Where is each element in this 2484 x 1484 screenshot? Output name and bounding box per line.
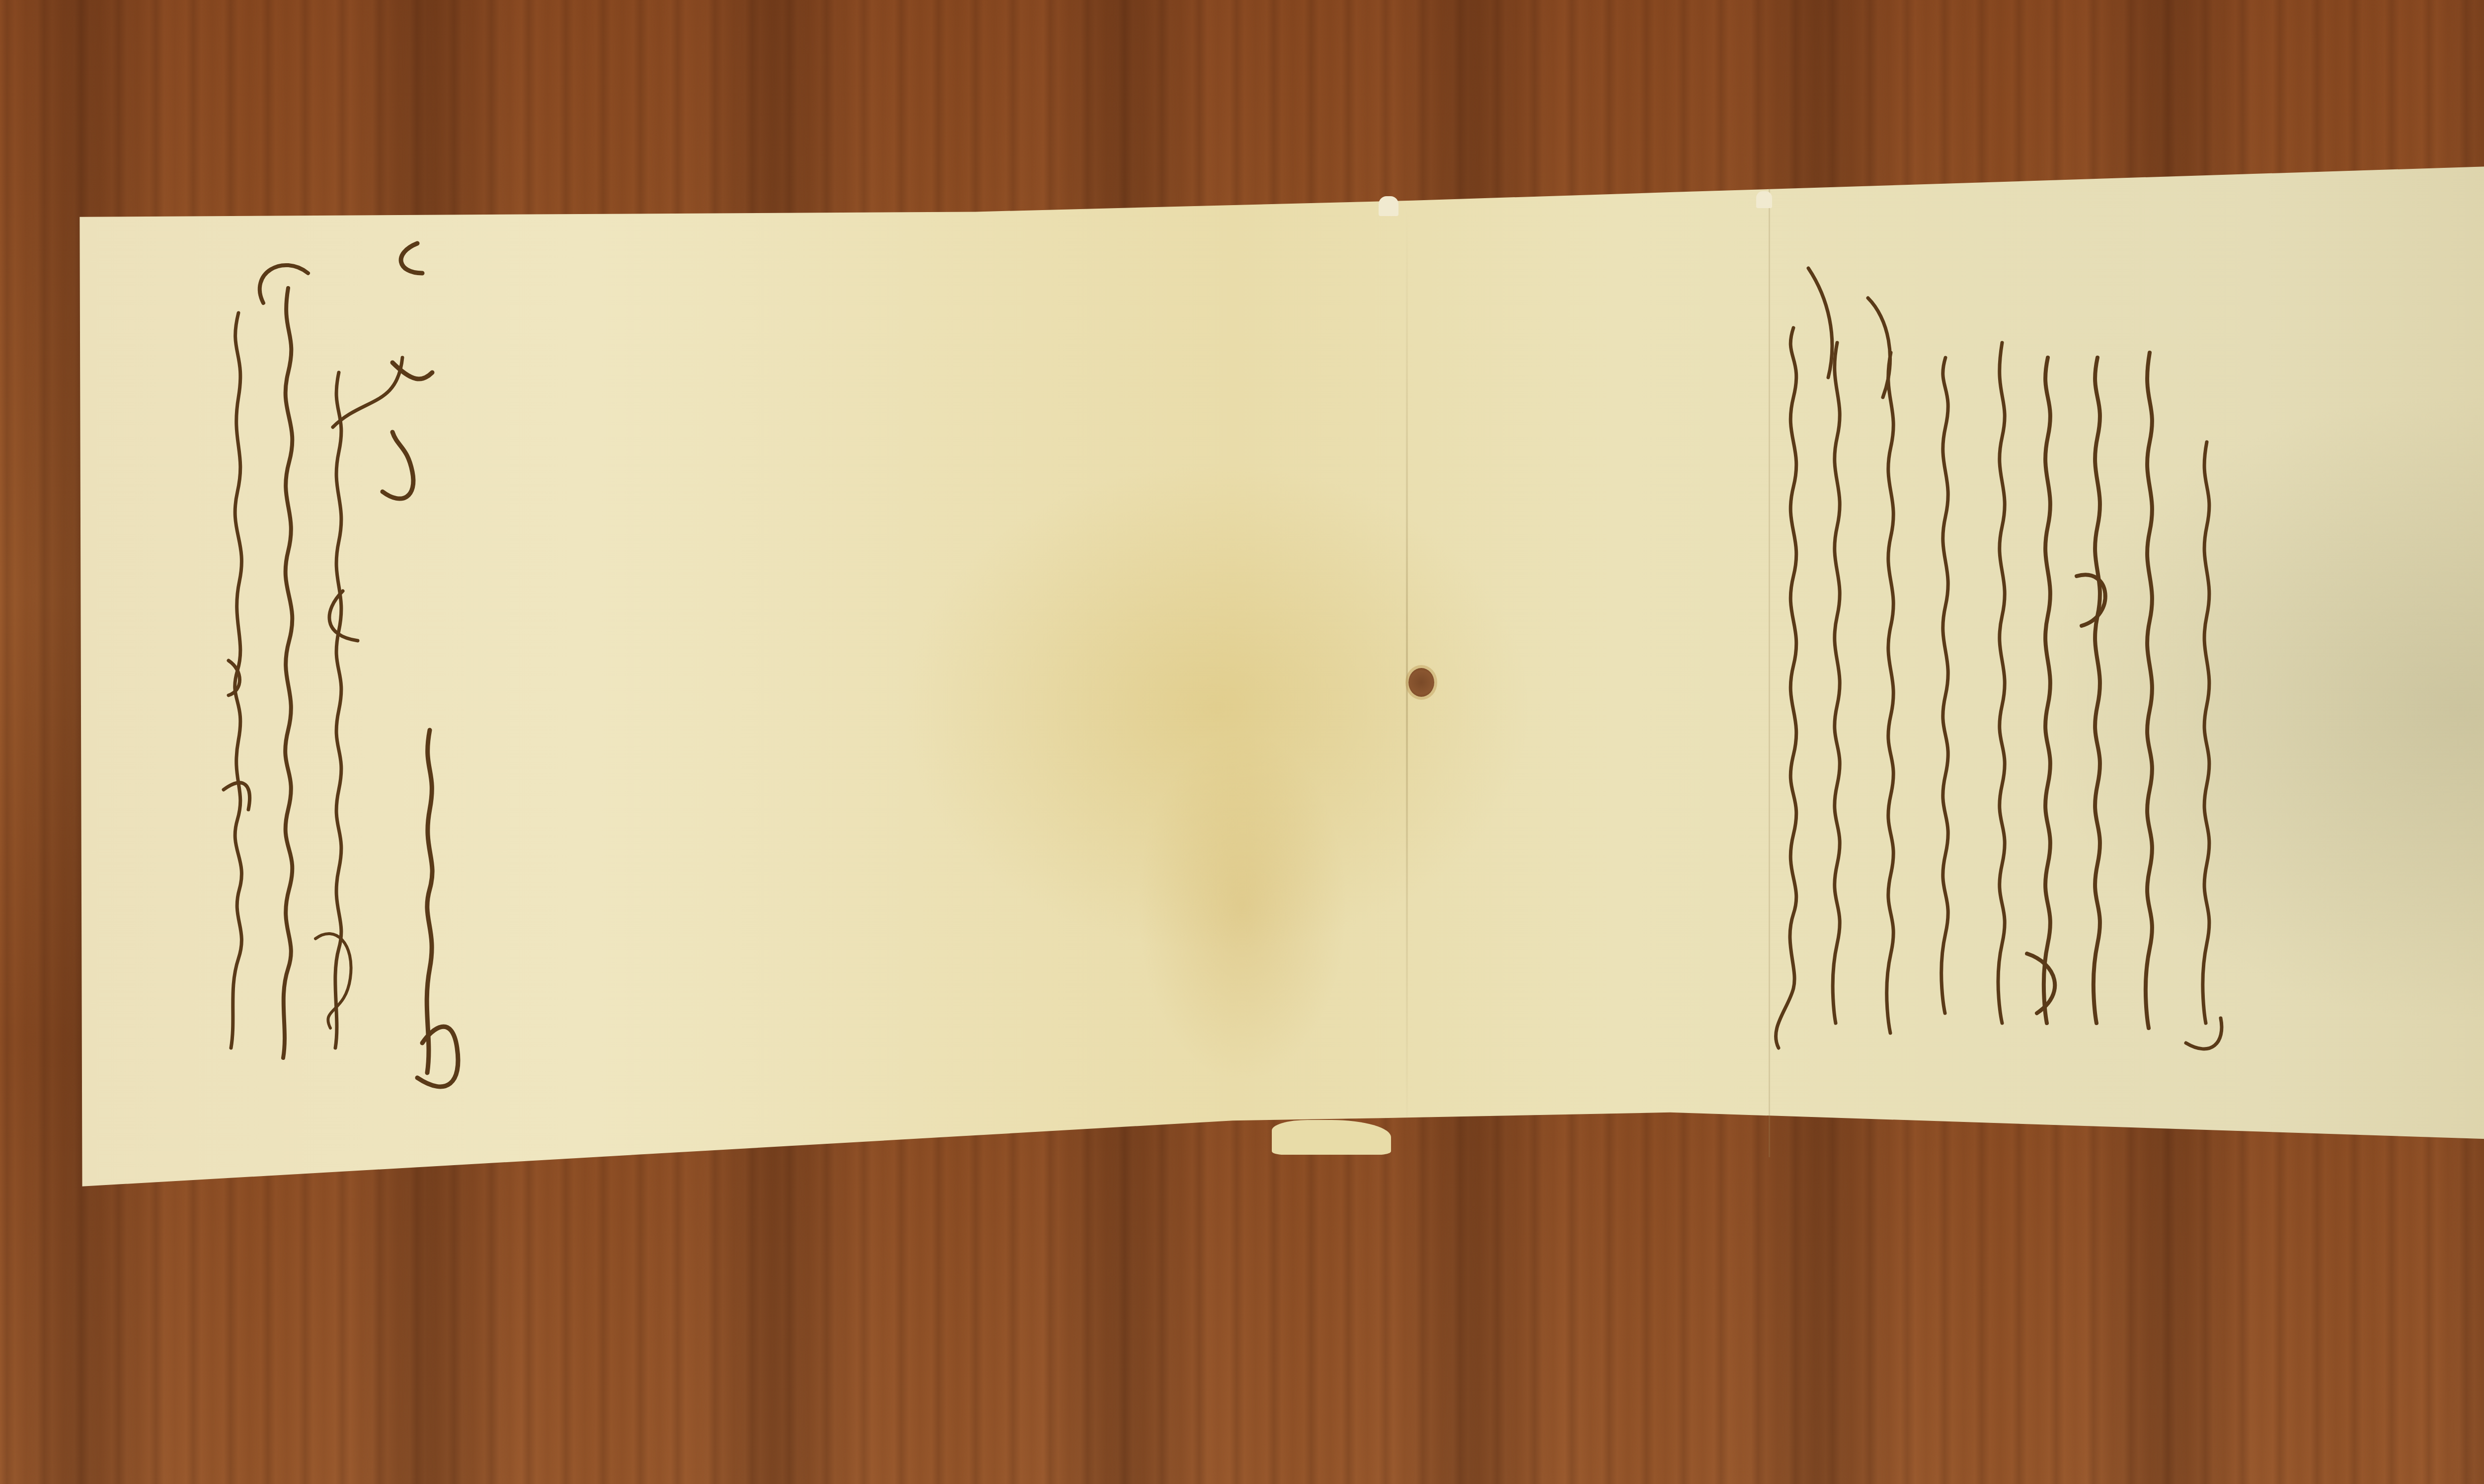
right-line-2 [1808,268,1840,1023]
paper-hole [1408,668,1434,697]
right-text-block [1749,209,2295,1103]
right-line-4 [1941,358,1948,1013]
right-line-8 [2146,353,2152,1028]
center-fold-crease [1406,209,1408,1152]
left-text-block [209,233,556,1152]
left-line-3 [329,358,402,1048]
right-line-9 [2186,442,2222,1049]
left-line-1 [224,313,250,1048]
right-line-5 [1998,343,2005,1023]
left-signature [383,243,458,1087]
right-line-1 [1776,328,1796,1048]
top-tear-fragment-2 [1756,191,1772,208]
right-line-7 [2077,358,2105,1023]
bottom-tear-fragment [1272,1120,1391,1155]
right-line-6 [2027,358,2055,1023]
left-line-2 [260,265,308,1058]
top-tear-fragment [1379,196,1398,216]
left-line-4 [315,934,351,1028]
right-line-3 [1868,298,1893,1033]
